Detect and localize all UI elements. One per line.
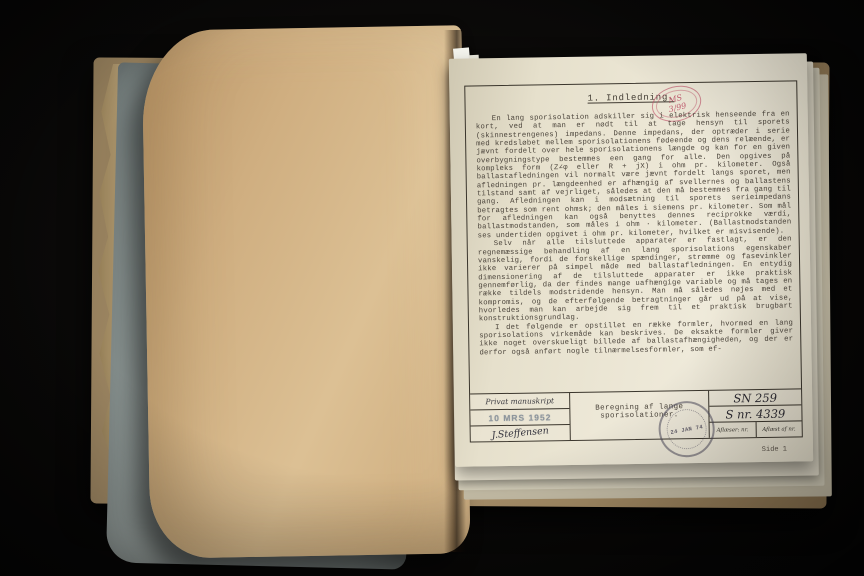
footer-table: Privat manuskript 10 MRS 1952 J.Steffens… [470, 388, 802, 441]
date-stamp: 10 MRS 1952 [488, 412, 551, 423]
reader-split: Aflæser: nr. Aflæst af nr. [710, 421, 802, 437]
ms-stamp-line1: MS [668, 94, 683, 106]
author-signature: J.Steffensen [491, 425, 549, 441]
read-off-label: Aflæst af nr. [756, 421, 802, 437]
left-blank-page [141, 25, 470, 559]
page-number-label: Side 1 [762, 446, 787, 454]
s-number: S nr. 4339 [725, 406, 785, 421]
reader-cells: Aflæser: nr. Aflæst af nr. [710, 421, 802, 437]
s-number-cell: S nr. 4339 [709, 405, 801, 422]
paragraph-2: Selv når alle tilsluttede apparater er f… [478, 236, 793, 324]
footer-left-column: Privat manuskript 10 MRS 1952 J.Steffens… [470, 393, 571, 442]
classification-cell: Privat manuskript [470, 393, 569, 411]
archive-stamp-date: 24 JAN 74 [670, 423, 704, 436]
footer-right-column: SN 259 S nr. 4339 Aflæser: nr. Aflæst af… [708, 389, 802, 437]
sn-number: SN 259 [733, 390, 777, 405]
paragraph-1: En lang sporisolation adskiller sig i el… [476, 110, 792, 240]
paragraph-3: I det følgende er opstillet en række for… [479, 319, 793, 357]
page-title: 1. Indledning. [465, 90, 796, 105]
photo-scene: 1. Indledning. MS 3/99 En lang sporisola… [0, 0, 864, 576]
sn-number-cell: SN 259 [709, 389, 801, 406]
signature-cell: J.Steffensen [471, 425, 570, 442]
typed-manuscript-page: 1. Indledning. MS 3/99 En lang sporisola… [449, 53, 813, 467]
read-by-label: Aflæser: nr. [710, 422, 757, 438]
classification-label: Privat manuskript [485, 396, 554, 406]
body-text: En lang sporisolation adskiller sig i el… [476, 110, 794, 357]
date-stamp-cell: 10 MRS 1952 [470, 409, 569, 427]
page-border-frame: 1. Indledning. MS 3/99 En lang sporisola… [464, 80, 803, 442]
